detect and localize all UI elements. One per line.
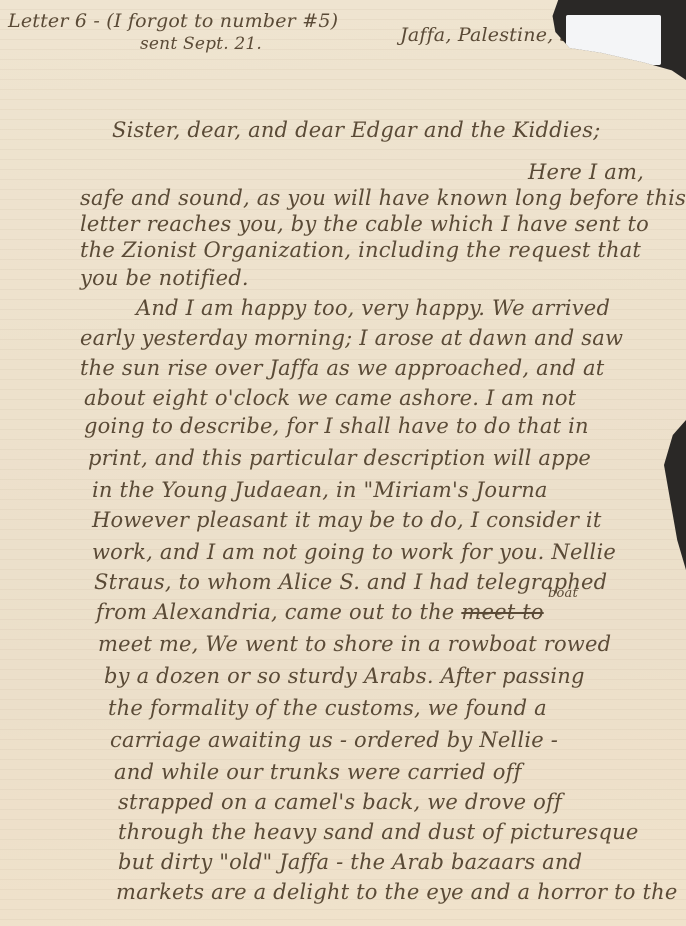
letter-line: safe and sound, as you will have known l… — [80, 186, 686, 210]
opening-line: Here I am, — [528, 160, 644, 184]
letter-line: early yesterday morning; I arose at dawn… — [80, 326, 623, 350]
letter-line: print, and this particular description w… — [88, 446, 591, 470]
letter-line: and while our trunks were carried off — [114, 760, 522, 784]
letter-line: the formality of the customs, we found a — [108, 696, 547, 720]
inserted-word: boat — [548, 586, 578, 601]
torn-corner — [544, 0, 686, 80]
letter-line: the sun rise over Jaffa as we approached… — [80, 356, 604, 380]
salutation: Sister, dear, and dear Edgar and the Kid… — [112, 118, 601, 142]
letter-line-text: from Alexandria, came out to the — [96, 600, 454, 624]
letter-line: from Alexandria, came out to the meet to — [96, 600, 544, 624]
letter-line: going to describe, for I shall have to d… — [84, 414, 589, 438]
letter-line: letter reaches you, by the cable which I… — [80, 212, 649, 236]
letter-line: but dirty "old" Jaffa - the Arab bazaars… — [118, 850, 582, 874]
letter-line: carriage awaiting us - ordered by Nellie… — [110, 728, 558, 752]
letter-line: However pleasant it may be to do, I cons… — [92, 508, 601, 532]
letter-line: in the Young Judaean, in "Miriam's Journ… — [92, 478, 548, 502]
letter-page: Letter 6 - (I forgot to number #5) sent … — [0, 0, 686, 926]
letter-line: you be notified. — [80, 266, 249, 290]
letter-line: Straus, to whom Alice S. and I had teleg… — [94, 570, 607, 594]
letter-number-note: Letter 6 - (I forgot to number #5) — [8, 10, 338, 32]
letter-line: work, and I am not going to work for you… — [92, 540, 616, 564]
letter-line: by a dozen or so sturdy Arabs. After pas… — [104, 664, 585, 688]
letter-line: And I am happy too, very happy. We arriv… — [136, 296, 610, 320]
sent-date-note: sent Sept. 21. — [140, 34, 262, 54]
letter-line: about eight o'clock we came ashore. I am… — [84, 386, 576, 410]
letter-line: through the heavy sand and dust of pictu… — [118, 820, 639, 844]
struck-text: meet to — [461, 600, 543, 624]
letter-line: meet me, We went to shore in a rowboat r… — [98, 632, 611, 656]
letter-line: strapped on a camel's back, we drove off — [118, 790, 562, 814]
letter-line: markets are a delight to the eye and a h… — [116, 880, 678, 904]
letter-line: the Zionist Organization, including the … — [80, 238, 641, 262]
torn-edge — [664, 420, 686, 570]
